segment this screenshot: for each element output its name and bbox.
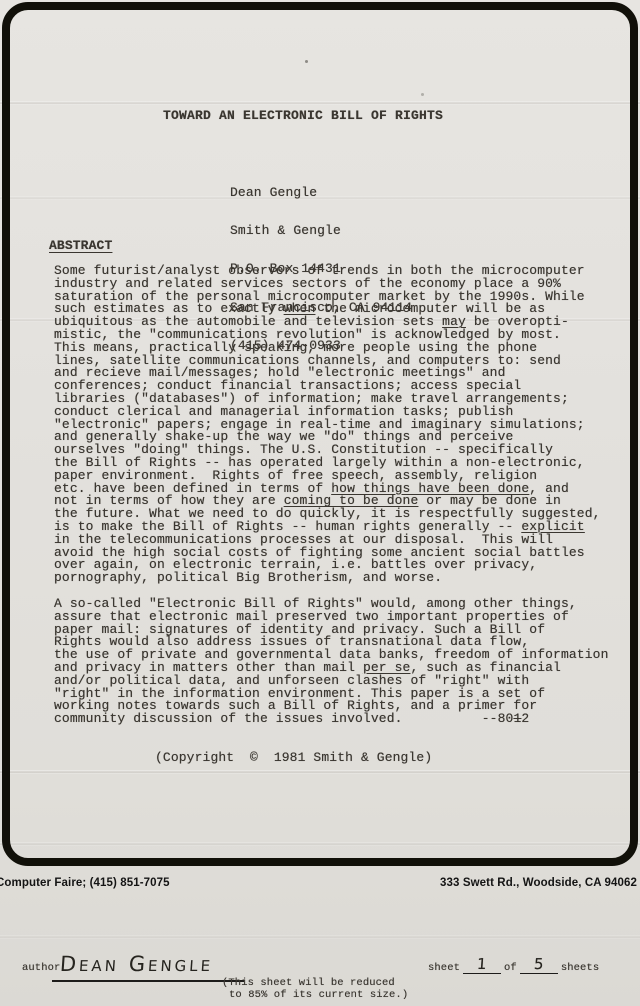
author-signature-line: Dean Gengle xyxy=(52,950,244,982)
abstract-heading: ABSTRACT xyxy=(49,240,112,253)
sheet-label: sheet xyxy=(428,962,460,974)
address-line-name: Dean Gengle xyxy=(230,187,412,200)
footer-organization-phone: Computer Faire; (415) 851-7075 xyxy=(0,877,170,889)
reduction-note-line2: to 85% of its current size.) xyxy=(229,989,408,1001)
copyright-line: (Copyright © 1981 Smith & Gengle) xyxy=(155,752,432,765)
abstract-paragraph-2: A so-called "Electronic Bill of Rights" … xyxy=(54,598,609,726)
sheet-count-row: sheet 1 of 5 sheets xyxy=(428,956,599,974)
address-line-company: Smith & Gengle xyxy=(230,225,412,238)
sheet-total-field: 5 xyxy=(520,956,558,974)
author-signature: Dean Gengle xyxy=(59,952,214,976)
sheet-number-field: 1 xyxy=(463,956,501,974)
abstract-paragraph-1: Some futurist/analyst observers of trend… xyxy=(54,265,601,585)
sheet-number: 1 xyxy=(477,956,488,972)
footer-mailing-address: 333 Swett Rd., Woodside, CA 94062 xyxy=(440,877,637,889)
sheet-total: 5 xyxy=(533,956,544,972)
reduction-note-line1: (This sheet will be reduced xyxy=(222,977,395,989)
document-title: TOWARD AN ELECTRONIC BILL OF RIGHTS xyxy=(163,110,443,123)
of-label: of xyxy=(504,962,517,974)
paper-crease xyxy=(0,935,640,939)
scanned-document-sheet: TOWARD AN ELECTRONIC BILL OF RIGHTS Dean… xyxy=(0,0,640,1006)
sheets-label: sheets xyxy=(561,962,599,974)
